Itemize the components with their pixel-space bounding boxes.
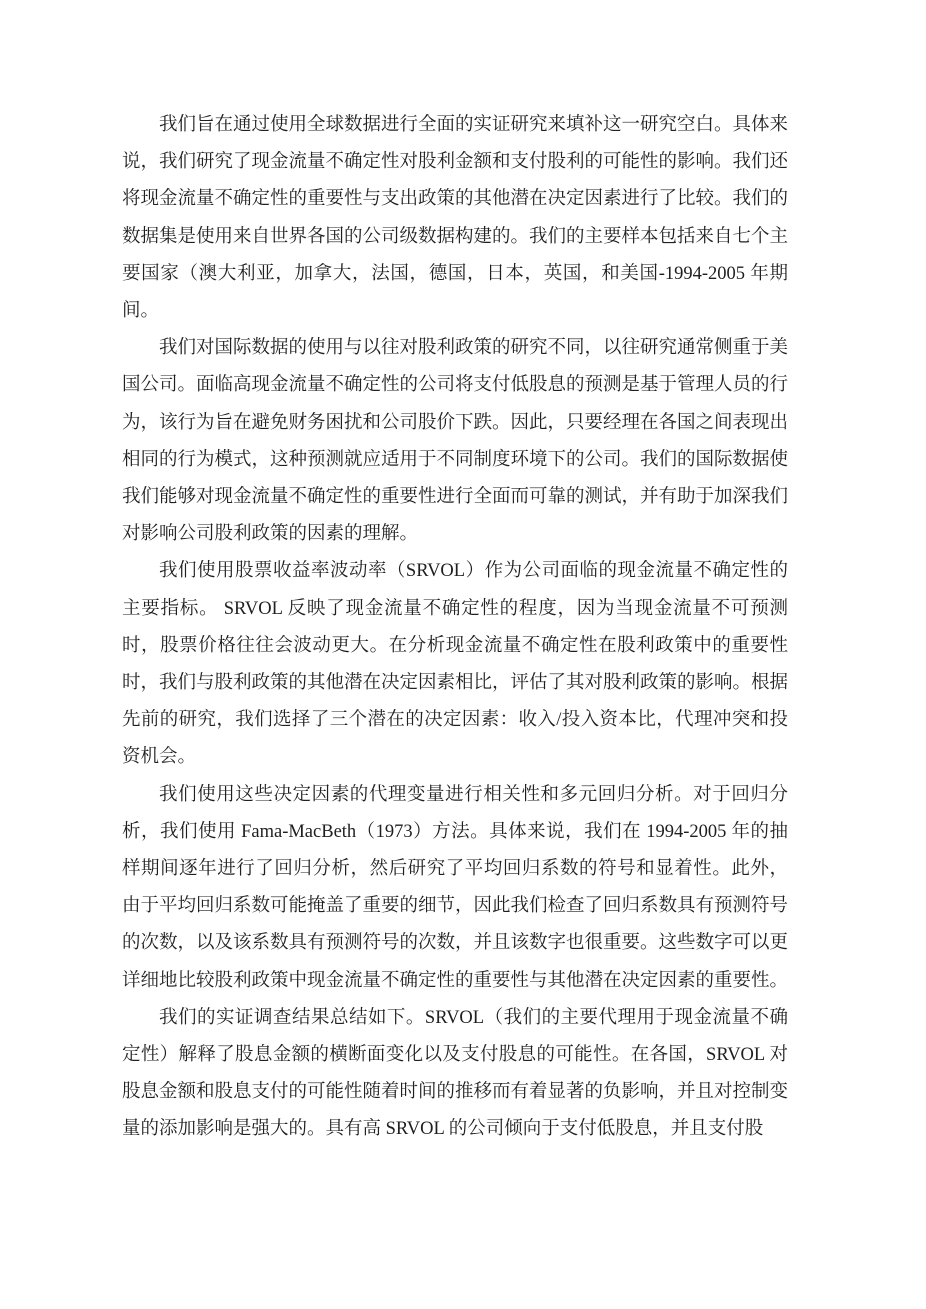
document-page: 我们旨在通过使用全球数据进行全面的实证研究来填补这一研究空白。具体来说，我们研究… bbox=[122, 107, 788, 1149]
body-paragraph-5: 我们的实证调查结果总结如下。SRVOL（我们的主要代理用于现金流量不确定性）解释… bbox=[122, 1000, 788, 1149]
body-paragraph-4: 我们使用这些决定因素的代理变量进行相关性和多元回归分析。对于回归分析，我们使用 … bbox=[122, 777, 788, 1000]
body-paragraph-1: 我们旨在通过使用全球数据进行全面的实证研究来填补这一研究空白。具体来说，我们研究… bbox=[122, 107, 788, 330]
body-paragraph-2: 我们对国际数据的使用与以往对股利政策的研究不同，以往研究通常侧重于美国公司。面临… bbox=[122, 330, 788, 553]
body-paragraph-3: 我们使用股票收益率波动率（SRVOL）作为公司面临的现金流量不确定性的主要指标。… bbox=[122, 553, 788, 776]
